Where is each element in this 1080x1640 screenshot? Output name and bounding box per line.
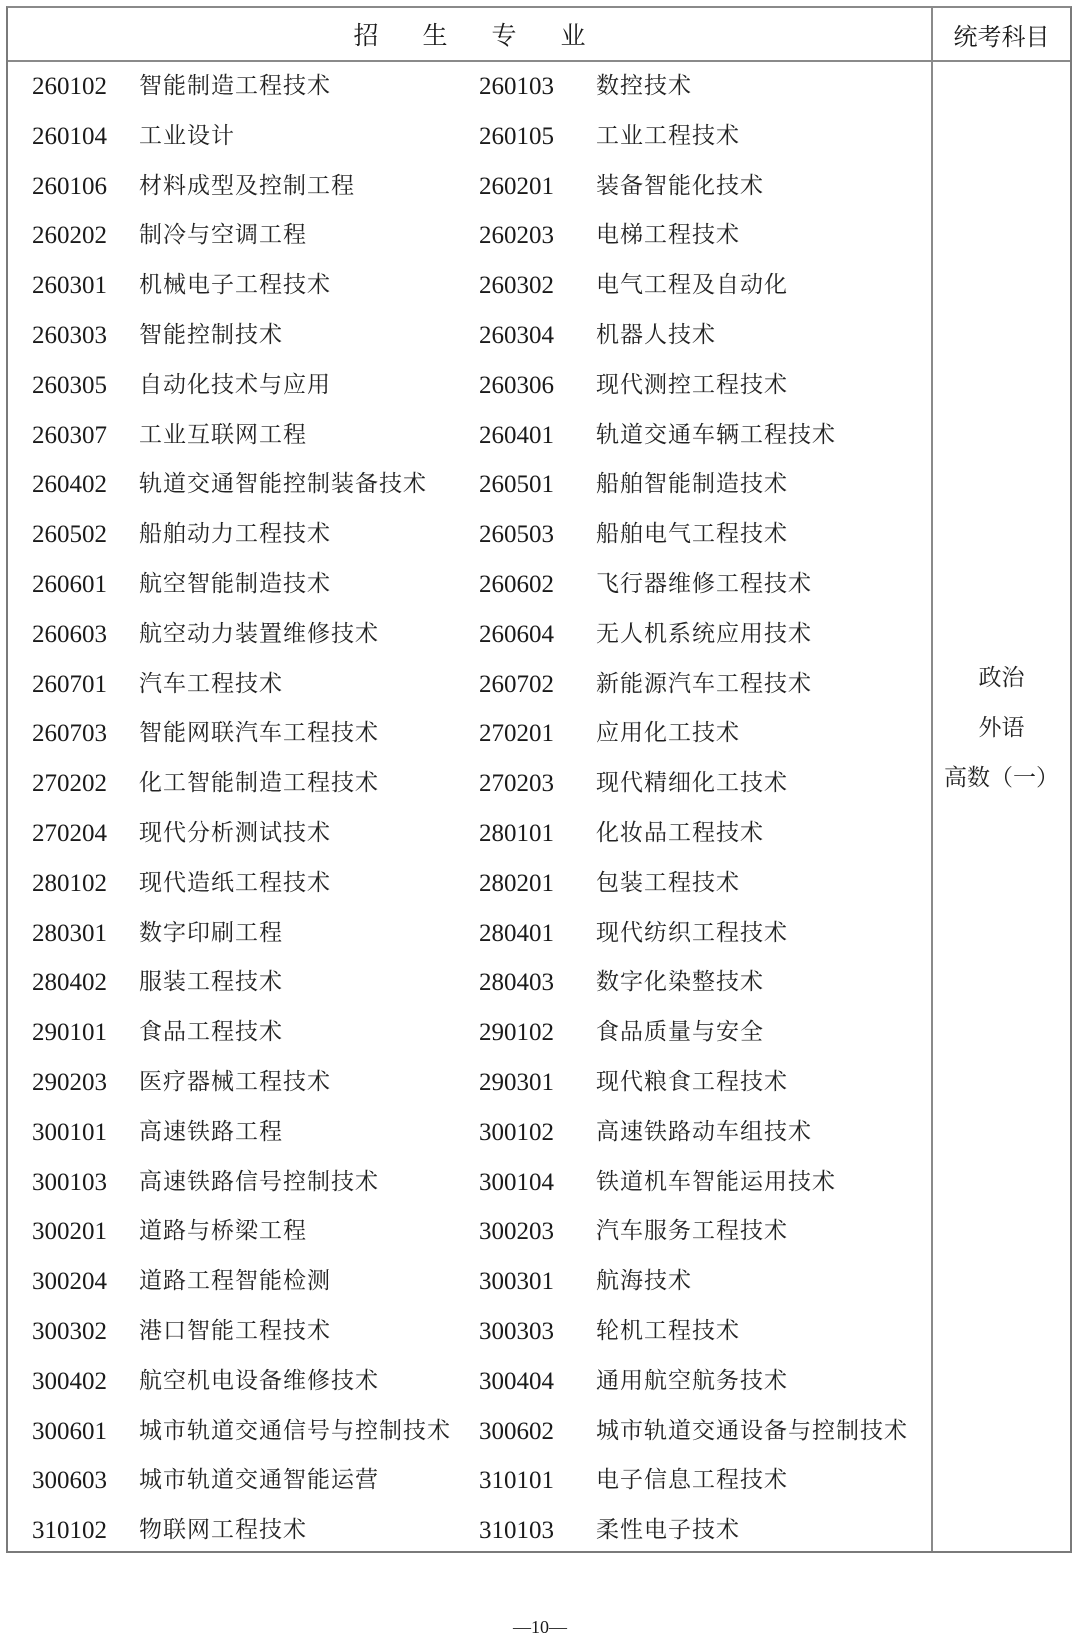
major-code: 260302: [479, 261, 554, 311]
major-name: 道路与桥梁工程: [139, 1207, 307, 1257]
table-row: 290203医疗器械工程技术290301现代粮食工程技术: [8, 1058, 931, 1108]
major-code: 260602: [479, 560, 554, 610]
major-name: 船舶智能制造技术: [596, 460, 788, 510]
subject-item: 政治: [979, 654, 1025, 704]
major-code: 280102: [32, 859, 107, 909]
header-char: 业: [561, 16, 586, 52]
major-name: 城市轨道交通设备与控制技术: [596, 1407, 908, 1457]
major-code: 300204: [32, 1257, 107, 1307]
table-row: 260402轨道交通智能控制装备技术260501船舶智能制造技术: [8, 460, 931, 510]
major-code: 300301: [479, 1257, 554, 1307]
major-code: 260701: [32, 660, 107, 710]
major-name: 无人机系统应用技术: [596, 610, 812, 660]
major-code: 270204: [32, 809, 107, 859]
major-name: 食品工程技术: [139, 1008, 283, 1058]
header-char: 招: [353, 16, 378, 52]
major-name: 新能源汽车工程技术: [596, 660, 812, 710]
major-name: 道路工程智能检测: [139, 1257, 331, 1307]
table-row: 260601航空智能制造技术260602飞行器维修工程技术: [8, 560, 931, 610]
major-name: 船舶电气工程技术: [596, 510, 788, 560]
major-code: 300302: [32, 1307, 107, 1357]
major-code: 260202: [32, 211, 107, 261]
major-name: 高速铁路动车组技术: [596, 1108, 812, 1158]
table-row: 300603城市轨道交通智能运营310101电子信息工程技术: [8, 1456, 931, 1506]
major-name: 制冷与空调工程: [139, 211, 307, 261]
major-code: 260307: [32, 411, 107, 461]
major-name: 工业互联网工程: [139, 411, 307, 461]
major-name: 轨道交通智能控制装备技术: [139, 460, 427, 510]
major-code: 260503: [479, 510, 554, 560]
major-code: 300102: [479, 1108, 554, 1158]
major-name: 数控技术: [596, 62, 692, 112]
header-subjects: 统考科目: [933, 8, 1070, 60]
major-name: 航空机电设备维修技术: [139, 1357, 379, 1407]
major-code: 260103: [479, 62, 554, 112]
table-row: 310102物联网工程技术310103柔性电子技术: [8, 1506, 931, 1556]
major-name: 高速铁路信号控制技术: [139, 1158, 379, 1208]
header-char: 专: [492, 16, 517, 52]
major-name: 现代造纸工程技术: [139, 859, 331, 909]
major-name: 港口智能工程技术: [139, 1307, 331, 1357]
major-code: 260501: [479, 460, 554, 510]
exam-subjects: 政治 外语 高数（一）: [933, 654, 1070, 803]
major-code: 260303: [32, 311, 107, 361]
major-code: 260106: [32, 162, 107, 212]
major-code: 260301: [32, 261, 107, 311]
major-name: 城市轨道交通智能运营: [139, 1456, 379, 1506]
major-name: 航海技术: [596, 1257, 692, 1307]
table-row: 280301数字印刷工程280401现代纺织工程技术: [8, 909, 931, 959]
major-name: 航空智能制造技术: [139, 560, 331, 610]
table-row: 290101食品工程技术290102食品质量与安全: [8, 1008, 931, 1058]
major-name: 现代精细化工技术: [596, 759, 788, 809]
table-row: 260701汽车工程技术260702新能源汽车工程技术: [8, 660, 931, 710]
major-code: 300404: [479, 1357, 554, 1407]
table-row: 260106材料成型及控制工程260201装备智能化技术: [8, 162, 931, 212]
major-code: 260601: [32, 560, 107, 610]
major-code: 260203: [479, 211, 554, 261]
major-name: 电梯工程技术: [596, 211, 740, 261]
page-number: —10—: [0, 1617, 1080, 1638]
header-char: 生: [422, 16, 447, 52]
major-code: 310102: [32, 1506, 107, 1556]
table-row: 300402航空机电设备维修技术300404通用航空航务技术: [8, 1357, 931, 1407]
major-name: 飞行器维修工程技术: [596, 560, 812, 610]
table-row: 260703智能网联汽车工程技术270201应用化工技术: [8, 709, 931, 759]
major-name: 工业设计: [139, 112, 235, 162]
major-name: 高速铁路工程: [139, 1108, 283, 1158]
major-name: 化妆品工程技术: [596, 809, 764, 859]
major-name: 装备智能化技术: [596, 162, 764, 212]
major-code: 260603: [32, 610, 107, 660]
table-row: 260202制冷与空调工程260203电梯工程技术: [8, 211, 931, 261]
major-code: 290101: [32, 1008, 107, 1058]
major-code: 290203: [32, 1058, 107, 1108]
major-code: 260104: [32, 112, 107, 162]
major-code: 300601: [32, 1407, 107, 1457]
major-code: 300603: [32, 1456, 107, 1506]
major-code: 300402: [32, 1357, 107, 1407]
major-name: 应用化工技术: [596, 709, 740, 759]
major-code: 280201: [479, 859, 554, 909]
table-row: 260305自动化技术与应用260306现代测控工程技术: [8, 361, 931, 411]
table-row: 270202化工智能制造工程技术270203现代精细化工技术: [8, 759, 931, 809]
major-name: 现代粮食工程技术: [596, 1058, 788, 1108]
major-name: 现代分析测试技术: [139, 809, 331, 859]
major-name: 包装工程技术: [596, 859, 740, 909]
major-code: 260703: [32, 709, 107, 759]
majors-table: 招 生 专 业 统考科目 260102智能制造工程技术260103数控技术260…: [6, 6, 1072, 1553]
major-name: 电气工程及自动化: [596, 261, 788, 311]
major-name: 汽车服务工程技术: [596, 1207, 788, 1257]
major-code: 270201: [479, 709, 554, 759]
major-code: 310103: [479, 1506, 554, 1556]
table-row: 260303智能控制技术260304机器人技术: [8, 311, 931, 361]
subject-item: 外语: [979, 704, 1025, 754]
major-name: 轮机工程技术: [596, 1307, 740, 1357]
major-name: 汽车工程技术: [139, 660, 283, 710]
major-name: 工业工程技术: [596, 112, 740, 162]
major-code: 280401: [479, 909, 554, 959]
major-code: 300104: [479, 1158, 554, 1208]
major-code: 300203: [479, 1207, 554, 1257]
major-name: 数字印刷工程: [139, 909, 283, 959]
major-code: 260201: [479, 162, 554, 212]
major-code: 260702: [479, 660, 554, 710]
table-row: 300103高速铁路信号控制技术300104铁道机车智能运用技术: [8, 1158, 931, 1208]
major-code: 300103: [32, 1158, 107, 1208]
major-code: 260401: [479, 411, 554, 461]
major-code: 260102: [32, 62, 107, 112]
major-name: 船舶动力工程技术: [139, 510, 331, 560]
major-name: 服装工程技术: [139, 958, 283, 1008]
major-code: 300303: [479, 1307, 554, 1357]
major-name: 现代测控工程技术: [596, 361, 788, 411]
header-majors: 招 生 专 业: [8, 8, 931, 60]
major-name: 柔性电子技术: [596, 1506, 740, 1556]
table-row: 260102智能制造工程技术260103数控技术: [8, 62, 931, 112]
major-name: 城市轨道交通信号与控制技术: [139, 1407, 451, 1457]
major-name: 通用航空航务技术: [596, 1357, 788, 1407]
major-code: 260105: [479, 112, 554, 162]
table-row: 300204道路工程智能检测300301航海技术: [8, 1257, 931, 1307]
major-code: 300101: [32, 1108, 107, 1158]
major-name: 数字化染整技术: [596, 958, 764, 1008]
table-row: 260307工业互联网工程260401轨道交通车辆工程技术: [8, 411, 931, 461]
major-name: 化工智能制造工程技术: [139, 759, 379, 809]
major-name: 电子信息工程技术: [596, 1456, 788, 1506]
major-name: 现代纺织工程技术: [596, 909, 788, 959]
major-name: 轨道交通车辆工程技术: [596, 411, 836, 461]
table-row: 300101高速铁路工程300102高速铁路动车组技术: [8, 1108, 931, 1158]
table-row: 260603航空动力装置维修技术260604无人机系统应用技术: [8, 610, 931, 660]
major-name: 智能控制技术: [139, 311, 283, 361]
major-name: 材料成型及控制工程: [139, 162, 355, 212]
table-header: 招 生 专 业 统考科目: [8, 8, 1070, 62]
major-code: 300602: [479, 1407, 554, 1457]
table-row: 280102现代造纸工程技术280201包装工程技术: [8, 859, 931, 909]
major-name: 机械电子工程技术: [139, 261, 331, 311]
major-code: 280402: [32, 958, 107, 1008]
major-code: 280301: [32, 909, 107, 959]
major-code: 290102: [479, 1008, 554, 1058]
major-code: 290301: [479, 1058, 554, 1108]
major-code: 260604: [479, 610, 554, 660]
major-code: 280403: [479, 958, 554, 1008]
major-name: 铁道机车智能运用技术: [596, 1158, 836, 1208]
table-row: 270204现代分析测试技术280101化妆品工程技术: [8, 809, 931, 859]
major-code: 260305: [32, 361, 107, 411]
table-row: 260301机械电子工程技术260302电气工程及自动化: [8, 261, 931, 311]
table-row: 260104工业设计260105工业工程技术: [8, 112, 931, 162]
major-code: 260304: [479, 311, 554, 361]
table-row: 300302港口智能工程技术300303轮机工程技术: [8, 1307, 931, 1357]
major-name: 智能制造工程技术: [139, 62, 331, 112]
table-row: 300601城市轨道交通信号与控制技术300602城市轨道交通设备与控制技术: [8, 1407, 931, 1457]
table-row: 280402服装工程技术280403数字化染整技术: [8, 958, 931, 1008]
major-name: 物联网工程技术: [139, 1506, 307, 1556]
major-code: 260402: [32, 460, 107, 510]
subject-item: 高数（一）: [944, 754, 1059, 804]
major-name: 航空动力装置维修技术: [139, 610, 379, 660]
major-name: 食品质量与安全: [596, 1008, 764, 1058]
table-row: 300201道路与桥梁工程300203汽车服务工程技术: [8, 1207, 931, 1257]
major-code: 260306: [479, 361, 554, 411]
major-name: 智能网联汽车工程技术: [139, 709, 379, 759]
major-name: 机器人技术: [596, 311, 716, 361]
major-code: 270203: [479, 759, 554, 809]
major-code: 260502: [32, 510, 107, 560]
major-code: 280101: [479, 809, 554, 859]
major-name: 自动化技术与应用: [139, 361, 331, 411]
major-code: 310101: [479, 1456, 554, 1506]
major-name: 医疗器械工程技术: [139, 1058, 331, 1108]
major-code: 270202: [32, 759, 107, 809]
major-code: 300201: [32, 1207, 107, 1257]
table-row: 260502船舶动力工程技术260503船舶电气工程技术: [8, 510, 931, 560]
